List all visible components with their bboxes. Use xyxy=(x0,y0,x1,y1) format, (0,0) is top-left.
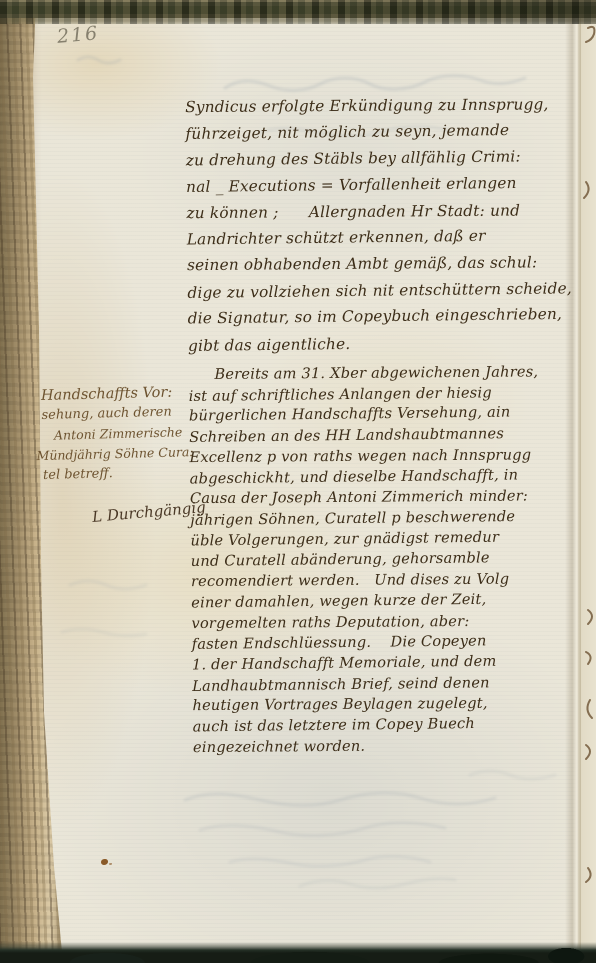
manuscript-line: vorgemelten raths Deputation, aber: xyxy=(191,611,583,635)
manuscript-line: nal _ Executions = Vorfallenheit erlange… xyxy=(186,169,578,200)
manuscript-text: Syndicus erfolgte Erkündigung zu Innspru… xyxy=(185,90,585,759)
manuscript-line: seinen obhabenden Ambt gemäß, das schul: xyxy=(187,249,579,278)
manuscript-line: zu drehung des Stäbls bey allfählig Crim… xyxy=(186,143,578,174)
manuscript-line: gibt das aigentliche. xyxy=(188,328,580,359)
book-edge-top xyxy=(0,0,596,24)
margin-note-line: tel betreff. xyxy=(43,462,195,486)
manuscript-line: die Signatur, so im Copeybuch eingeschri… xyxy=(188,301,580,332)
manuscript-scan: 216 Handschaffts Vor: sehung, auch deren… xyxy=(0,0,596,963)
paragraph-2: Bereits am 31. Xber abgewichenen Jahres,… xyxy=(188,361,585,759)
margin-note-line: Mündjährig Söhne Cura: xyxy=(36,442,194,466)
manuscript-line: Landrichter schützt erkennen, daß er xyxy=(187,222,579,253)
paragraph-1: Syndicus erfolgte Erkündigung zu Innspru… xyxy=(185,90,580,359)
manuscript-line: einer damahlen, wegen kurze der Zeit, xyxy=(191,588,583,613)
book-edge-bottom xyxy=(0,933,596,963)
manuscript-line: auch ist das letztere im Copey Buech xyxy=(193,713,585,738)
page-number: 216 xyxy=(56,22,100,48)
manuscript-line: Causa der Joseph Antoni Zimmerich minder… xyxy=(190,486,582,510)
manuscript-line: eingezeichnet worden. xyxy=(193,735,585,759)
manuscript-line: Syndicus erfolgte Erkündigung zu Innspru… xyxy=(185,91,577,120)
margin-note: Handschaffts Vor: sehung, auch deren Ant… xyxy=(41,382,196,486)
manuscript-line: Bereits am 31. Xber abgewichenen Jahres, xyxy=(188,362,580,386)
